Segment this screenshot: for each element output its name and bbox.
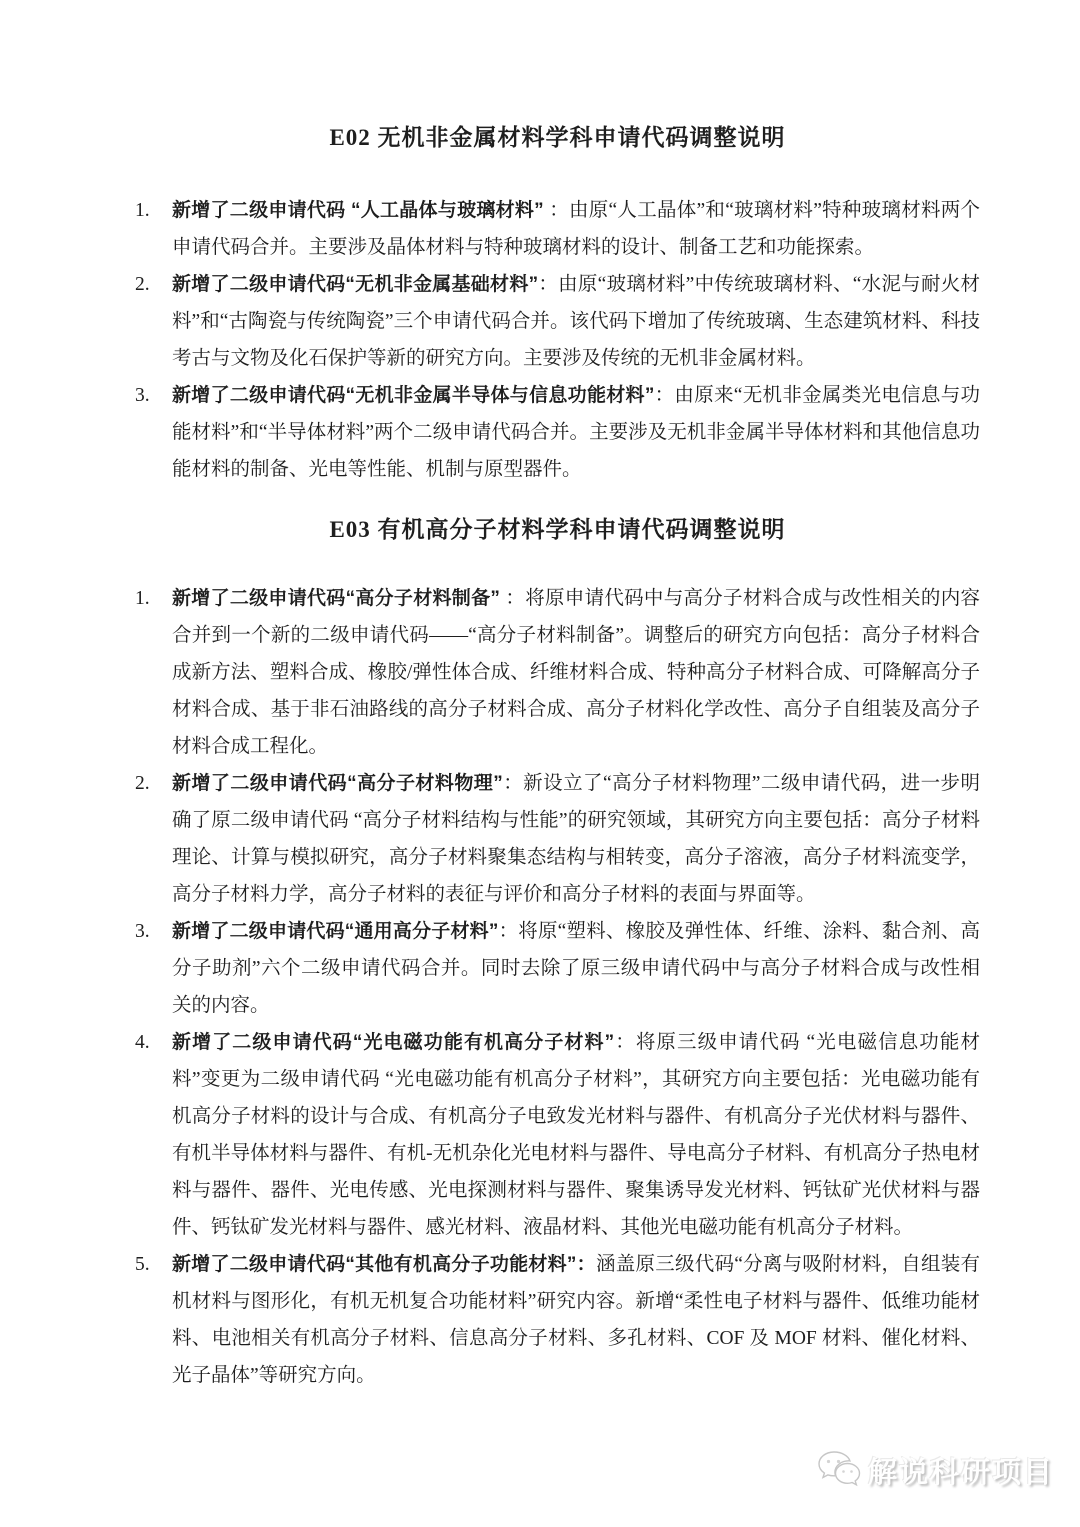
item-lead-bold: 新增了二级申请代码“高分子材料制备” — [172, 588, 505, 609]
item-rest: ：将原申请代码中与高分子材料合成与改性相关的内容合并到一个新的二级申请代码——“… — [172, 588, 980, 757]
item-number: 3. — [135, 377, 172, 414]
item-number: 2. — [135, 266, 172, 303]
item-number: 1. — [135, 192, 172, 229]
watermark-label: 解说科研项目 — [868, 1450, 1054, 1491]
item-lead-bold: 新增了二级申请代码“高分子材料物理” — [172, 773, 503, 794]
list-item: 2. 新增了二级申请代码“无机非金属基础材料”：由原“玻璃材料”中传统玻璃材料、… — [135, 266, 980, 377]
list-item: 3. 新增了二级申请代码“通用高分子材料”：将原“塑料、橡胶及弹性体、纤维、涂料… — [135, 913, 980, 1024]
section-title-e02: E02 无机非金属材料学科申请代码调整说明 — [135, 118, 980, 158]
item-lead-bold: 新增了二级申请代码“光电磁功能有机高分子材料” — [172, 1032, 614, 1053]
list-item: 3. 新增了二级申请代码“无机非金属半导体与信息功能材料”：由原来“无机非金属类… — [135, 377, 980, 488]
item-text: 新增了二级申请代码“高分子材料物理”：新设立了“高分子材料物理”二级申请代码，进… — [172, 765, 980, 913]
item-text: 新增了二级申请代码“无机非金属基础材料”：由原“玻璃材料”中传统玻璃材料、“水泥… — [172, 266, 980, 377]
item-lead-bold: 新增了二级申请代码“其他有机高分子功能材料”： — [172, 1254, 596, 1275]
item-text: 新增了二级申请代码“其他有机高分子功能材料”：涵盖原三级代码“分离与吸附材料，自… — [172, 1246, 980, 1394]
watermark: 解说科研项目 — [816, 1448, 1054, 1492]
item-lead-bold: 新增了二级申请代码 “人工晶体与玻璃材料” — [172, 200, 549, 221]
document-page: E02 无机非金属材料学科申请代码调整说明 1. 新增了二级申请代码 “人工晶体… — [0, 0, 1080, 1527]
list-item: 4. 新增了二级申请代码“光电磁功能有机高分子材料”：将原三级申请代码 “光电磁… — [135, 1024, 980, 1246]
item-text: 新增了二级申请代码“高分子材料制备” ：将原申请代码中与高分子材料合成与改性相关… — [172, 580, 980, 765]
item-number: 3. — [135, 913, 172, 950]
list-item: 5. 新增了二级申请代码“其他有机高分子功能材料”：涵盖原三级代码“分离与吸附材… — [135, 1246, 980, 1394]
list-item: 1. 新增了二级申请代码“高分子材料制备” ：将原申请代码中与高分子材料合成与改… — [135, 580, 980, 765]
item-text: 新增了二级申请代码“光电磁功能有机高分子材料”：将原三级申请代码 “光电磁信息功… — [172, 1024, 980, 1246]
item-number: 2. — [135, 765, 172, 802]
item-text: 新增了二级申请代码“通用高分子材料”：将原“塑料、橡胶及弹性体、纤维、涂料、黏合… — [172, 913, 980, 1024]
item-text: 新增了二级申请代码“无机非金属半导体与信息功能材料”：由原来“无机非金属类光电信… — [172, 377, 980, 488]
item-lead-bold: 新增了二级申请代码“通用高分子材料” — [172, 921, 498, 942]
wechat-icon — [816, 1448, 862, 1492]
item-lead-bold: 新增了二级申请代码“无机非金属基础材料” — [172, 274, 538, 295]
list-item: 1. 新增了二级申请代码 “人工晶体与玻璃材料” ：由原“人工晶体”和“玻璃材料… — [135, 192, 980, 266]
item-text: 新增了二级申请代码 “人工晶体与玻璃材料” ：由原“人工晶体”和“玻璃材料”特种… — [172, 192, 980, 266]
list-item: 2. 新增了二级申请代码“高分子材料物理”：新设立了“高分子材料物理”二级申请代… — [135, 765, 980, 913]
item-number: 5. — [135, 1246, 172, 1283]
document-content: E02 无机非金属材料学科申请代码调整说明 1. 新增了二级申请代码 “人工晶体… — [0, 0, 1080, 1394]
item-rest: ：将原三级申请代码 “光电磁信息功能材料”变更为二级申请代码 “光电磁功能有机高… — [172, 1032, 980, 1238]
item-number: 1. — [135, 580, 172, 617]
section-title-e03: E03 有机高分子材料学科申请代码调整说明 — [135, 510, 980, 550]
item-number: 4. — [135, 1024, 172, 1061]
item-lead-bold: 新增了二级申请代码“无机非金属半导体与信息功能材料” — [172, 385, 654, 406]
